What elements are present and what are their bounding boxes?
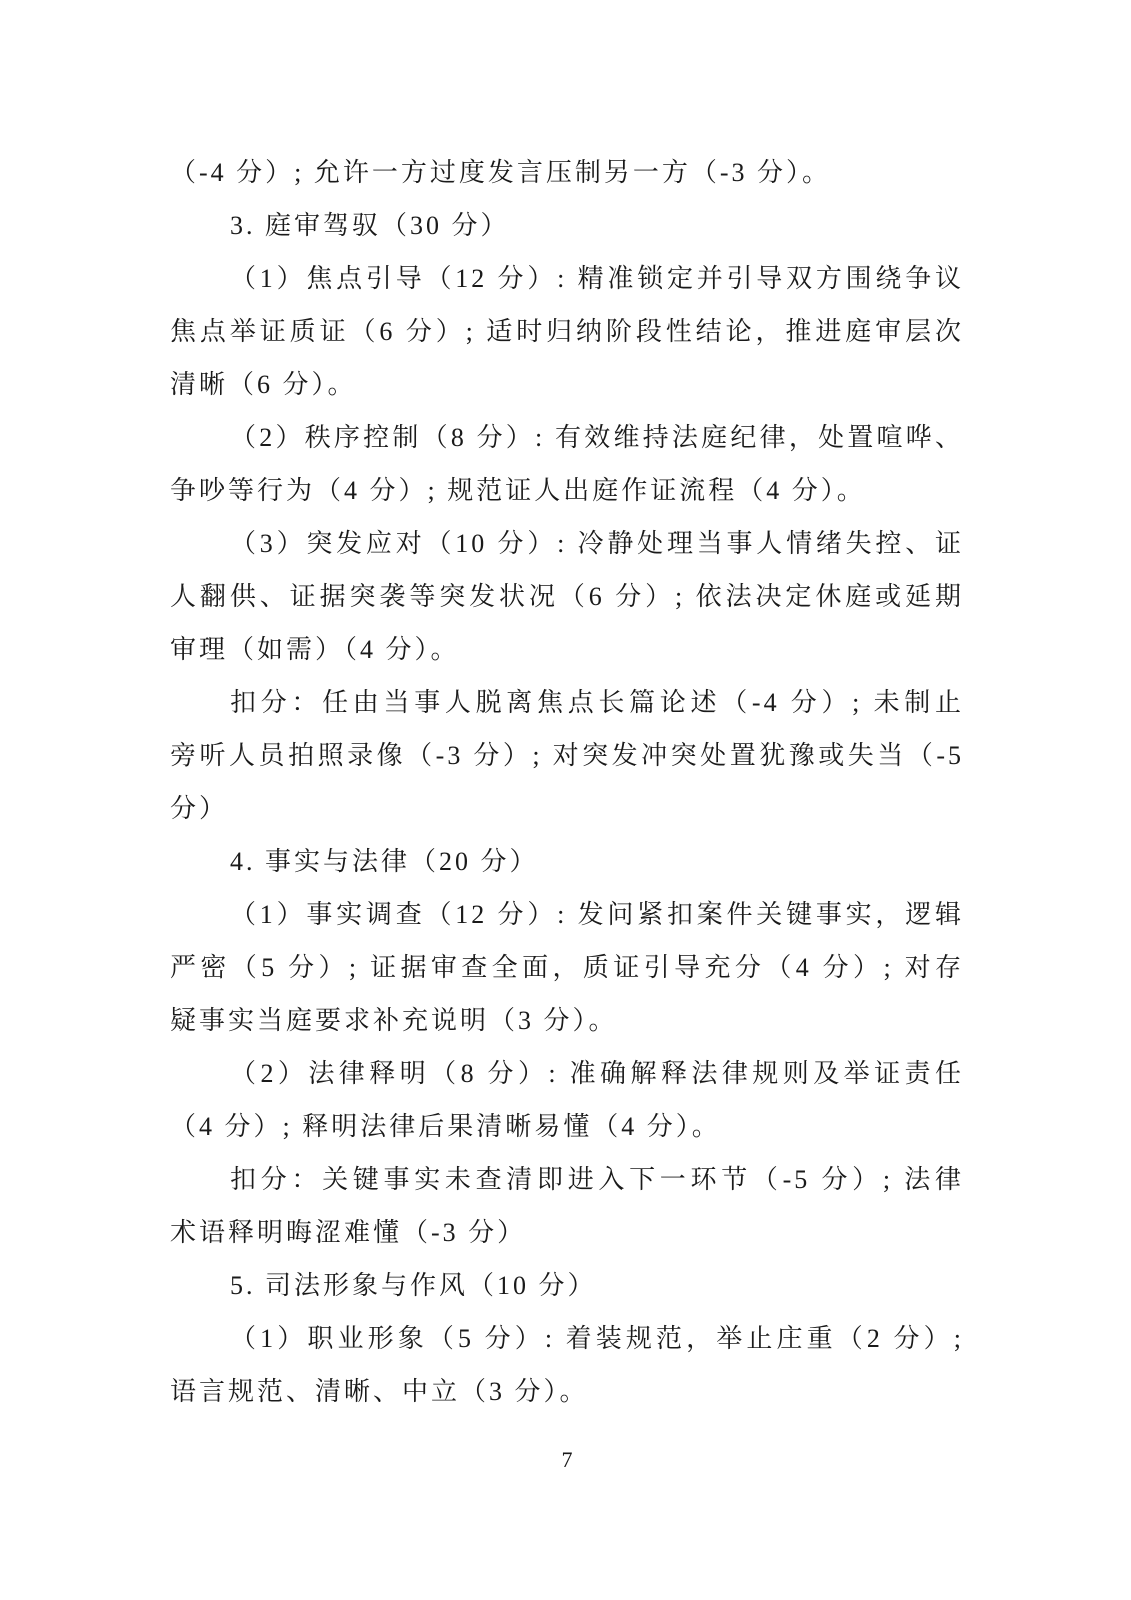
text-line: 焦点举证质证（6 分）; 适时归纳阶段性结论，推进庭审层次 [170,305,964,358]
text-line: （1）焦点引导（12 分）: 精准锁定并引导双方围绕争议 [170,252,964,305]
text-line: （2）法律释明（8 分）: 准确解释法律规则及举证责任 [170,1047,964,1100]
text-line: 人翻供、证据突袭等突发状况（6 分）; 依法决定休庭或延期 [170,570,964,623]
document-page: （-4 分）; 允许一方过度发言压制另一方（-3 分）。3. 庭审驾驭（30 分… [0,0,1131,1600]
text-line: （3）突发应对（10 分）: 冷静处理当事人情绪失控、证 [170,517,964,570]
text-line: （-4 分）; 允许一方过度发言压制另一方（-3 分）。 [170,146,964,199]
text-line: 审理（如需）（4 分）。 [170,623,964,676]
text-line: 语言规范、清晰、中立（3 分）。 [170,1365,964,1418]
text-line: 术语释明晦涩难懂（-3 分） [170,1206,964,1259]
text-line: 4. 事实与法律（20 分） [170,835,964,888]
text-line: （1）职业形象（5 分）: 着装规范，举止庄重（2 分）; [170,1312,964,1365]
text-line: 扣分：关键事实未查清即进入下一环节（-5 分）; 法律 [170,1153,964,1206]
text-line: （4 分）; 释明法律后果清晰易懂（4 分）。 [170,1100,964,1153]
text-line: 清晰（6 分）。 [170,358,964,411]
text-line: 3. 庭审驾驭（30 分） [170,199,964,252]
text-line: 分） [170,782,964,835]
text-line: 5. 司法形象与作风（10 分） [170,1259,964,1312]
text-line: 扣分：任由当事人脱离焦点长篇论述（-4 分）; 未制止 [170,676,964,729]
text-line: （2）秩序控制（8 分）: 有效维持法庭纪律，处置喧哗、 [170,411,964,464]
page-number: 7 [170,1440,964,1480]
text-line: （1）事实调查（12 分）: 发问紧扣案件关键事实，逻辑 [170,888,964,941]
text-line: 严密（5 分）; 证据审查全面，质证引导充分（4 分）; 对存 [170,941,964,994]
text-line: 旁听人员拍照录像（-3 分）; 对突发冲突处置犹豫或失当（-5 [170,729,964,782]
text-line: 争吵等行为（4 分）; 规范证人出庭作证流程（4 分）。 [170,464,964,517]
document-body: （-4 分）; 允许一方过度发言压制另一方（-3 分）。3. 庭审驾驭（30 分… [170,146,964,1418]
text-line: 疑事实当庭要求补充说明（3 分）。 [170,994,964,1047]
